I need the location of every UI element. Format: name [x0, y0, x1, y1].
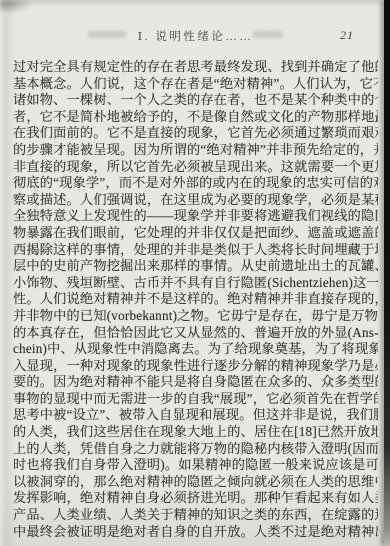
- text-line: 在我们面前的。它不是直接的现象，它首先必须通过繁琐而艰难: [13, 125, 378, 142]
- text-line: 的步骤才能被呈现。因为所谓的“绝对精神”并非预先给定的，并: [13, 142, 378, 159]
- text-line: 中最终会被证明是绝对者自身的自开放。人类不过是绝对精神出: [13, 524, 378, 541]
- text-line: 要的。因为绝对精神不能只是将自身隐匿在众多的、众多类型的: [13, 374, 378, 391]
- text-line: 物暴露在我们眼前，它处理的并非仅仅是把面纱、遮盖或遮盖的东: [13, 225, 378, 242]
- text-line: 事物的显现中而无需进一步的自我“展现”，它必须首先在哲学的: [13, 391, 378, 408]
- body-text: 过对完全具有规定性的存在者思考最终发现、找到并确定了他的 基本概念。人们说，这个…: [13, 59, 378, 540]
- text-line: 基本概念。人们说，这个存在者是“绝对精神”。人们认为，它不是: [13, 76, 378, 93]
- page-header: Ⅰ. 说明性绪论…… 21: [13, 28, 378, 46]
- text-line: chein)中、从现象性中消隐离去。为了给现象奠基，为了将现象带: [13, 341, 378, 358]
- text-line: 的本真存在，但恰恰因此它又从显然的、普遍开放的外显(Ans-: [13, 325, 378, 342]
- text-line: 彻底的“现象学”，而不是对外部的或内在的现象的忠实可信的观: [13, 175, 378, 192]
- text-line: 诸如物、一棵树、一个人之类的存在者，也不是某个种类中的个别: [13, 92, 378, 109]
- text-line: 过对完全具有规定性的存在者思考最终发现、找到并确定了他的: [13, 59, 378, 76]
- text-line: 者，它不是简朴地被给予的，不是像自然或文化的产物那样地矗立: [13, 109, 378, 126]
- text-line: 层中的史前产物挖掘出来那样的事情。从史前遗址出土的瓦罐、: [13, 258, 378, 275]
- scan-corner-smudge: [0, 0, 34, 14]
- text-line: 的人类，我们这些居住在现象大地上的、居住在[18]已然开放地带: [13, 424, 378, 441]
- text-line: 西揭除这样的事情，处理的并非是类似于人类将长时间埋藏于地: [13, 242, 378, 259]
- text-line: 时也将我们自身带入澄明)。如果精神的隐匿一般来说应该是可: [13, 457, 378, 474]
- text-line: 发挥影响，绝对精神自身必须挤进光明。那种乍看起来有如人类: [13, 490, 378, 507]
- text-line: 察或描述。人们强调说，在这里成为必要的现象学，必须是某种完: [13, 192, 378, 209]
- text-line: 思考中被“设立”、被带入自显现和展现。但这并非是说，我们脆弱: [13, 407, 378, 424]
- chapter-title: Ⅰ. 说明性绪论……: [13, 28, 378, 44]
- text-line: 入显现，一种对现象的现象性进行逐步分解的精神现象学乃是必: [13, 358, 378, 375]
- text-line: 以被洞穿的，那么绝对精神的隐匿之倾向就必须在人类的思维中: [13, 474, 378, 491]
- text-line: 并非物中的已知(vorbekannt)之物。它毋宁是存在，毋宁是万物: [13, 308, 378, 325]
- text-line: 上的人类，凭借自身之力就能将万物的隐秘内核带入澄明(因而同: [13, 441, 378, 458]
- text-line: 产品、人类业绩、人类关于精神的知识之类的东西，在绽露的过程: [13, 507, 378, 524]
- text-line: 非直接的现象，所以它首先必须被呈现出来。这就需要一个更加: [13, 159, 378, 176]
- text-line: 全独特意义上发现性的——现象学并非要将逃避我们视线的隐匿: [13, 208, 378, 225]
- text-line: 性。人们说绝对精神并不是这样的。绝对精神并非直接存现的，: [13, 291, 378, 308]
- text-line: 小饰物、残垣断壁、古币并不具有自行隐匿(Sichentziehen)这一特: [13, 275, 378, 292]
- page-number: 21: [340, 28, 354, 43]
- book-gutter-shadow: [384, 0, 390, 546]
